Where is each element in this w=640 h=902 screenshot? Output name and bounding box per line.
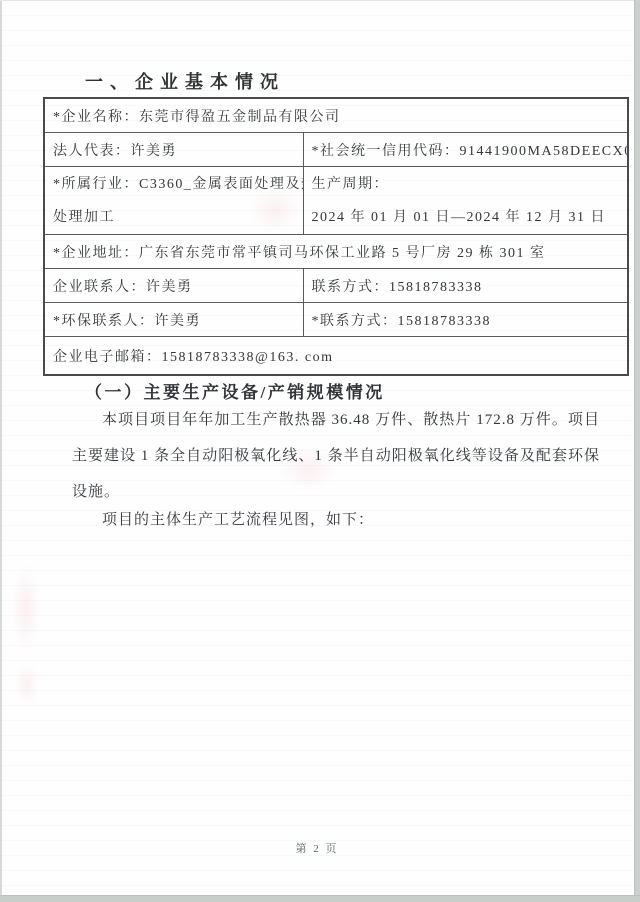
field-env-contact-phone: *联系方式：15818783338 xyxy=(303,303,628,337)
field-industry-line2: 处理加工 xyxy=(53,201,297,234)
field-contact-phone: 联系方式：15818783338 xyxy=(303,269,628,303)
field-production-period-dates: 2024 年 01 月 01 日—2024 年 12 月 31 日 xyxy=(312,201,622,234)
field-production-period: 生产周期： 2024 年 01 月 01 日—2024 年 12 月 31 日 xyxy=(303,167,628,235)
paragraph-production-scale: 本项目项目年年加工生产散热器 36.48 万件、散热片 172.8 万件。项目主… xyxy=(72,402,600,510)
table-row-legal-rep: 法人代表：许美勇 *社会统一信用代码：91441900MA58DEECX0 xyxy=(44,133,628,167)
field-company-address: *企业地址：广东省东莞市常平镇司马环保工业路 5 号厂房 29 栋 301 室 xyxy=(44,235,628,269)
table-row-address: *企业地址：广东省东莞市常平镇司马环保工业路 5 号厂房 29 栋 301 室 xyxy=(44,235,628,269)
page-edge-bottom xyxy=(0,895,640,902)
table-row-industry-period: *所属行业：C3360_金属表面处理及热 处理加工 生产周期： 2024 年 0… xyxy=(44,167,628,235)
table-row-company-name: *企业名称：东莞市得盈五金制品有限公司 xyxy=(44,98,628,133)
section-title-basic-info: 一、企业基本情况 xyxy=(85,68,285,94)
company-info-table: *企业名称：东莞市得盈五金制品有限公司 法人代表：许美勇 *社会统一信用代码：9… xyxy=(43,97,629,376)
field-industry-line1: *所属行业：C3360_金属表面处理及热 xyxy=(53,168,297,201)
page-edge-right xyxy=(634,0,640,902)
page-edge-left xyxy=(0,0,2,902)
field-company-name: *企业名称：东莞市得盈五金制品有限公司 xyxy=(44,98,628,133)
scan-artifact xyxy=(6,545,46,670)
table-row-env-contact: *环保联系人：许美勇 *联系方式：15818783338 xyxy=(44,303,628,337)
scan-artifact xyxy=(10,655,44,715)
field-credit-code: *社会统一信用代码：91441900MA58DEECX0 xyxy=(303,133,628,167)
field-industry: *所属行业：C3360_金属表面处理及热 处理加工 xyxy=(44,167,303,235)
field-legal-representative: 法人代表：许美勇 xyxy=(44,133,303,167)
field-production-period-label: 生产周期： xyxy=(312,168,622,201)
page-edge-top xyxy=(0,0,640,1)
section-title-production-equipment: （一）主要生产设备/产销规模情况 xyxy=(85,378,385,403)
page-number: 第 2 页 xyxy=(0,840,634,856)
table-row-contact: 企业联系人：许美勇 联系方式：15818783338 xyxy=(44,269,628,303)
scanned-document-page: 一、企业基本情况 *企业名称：东莞市得盈五金制品有限公司 法人代表：许美勇 *社… xyxy=(0,0,640,902)
field-env-contact: *环保联系人：许美勇 xyxy=(44,303,303,337)
field-company-contact: 企业联系人：许美勇 xyxy=(44,269,303,303)
field-company-email: 企业电子邮箱：15818783338@163. com xyxy=(44,337,628,376)
table-row-email: 企业电子邮箱：15818783338@163. com xyxy=(44,337,628,376)
paragraph-process-flow-intro: 项目的主体生产工艺流程见图，如下： xyxy=(72,502,600,538)
